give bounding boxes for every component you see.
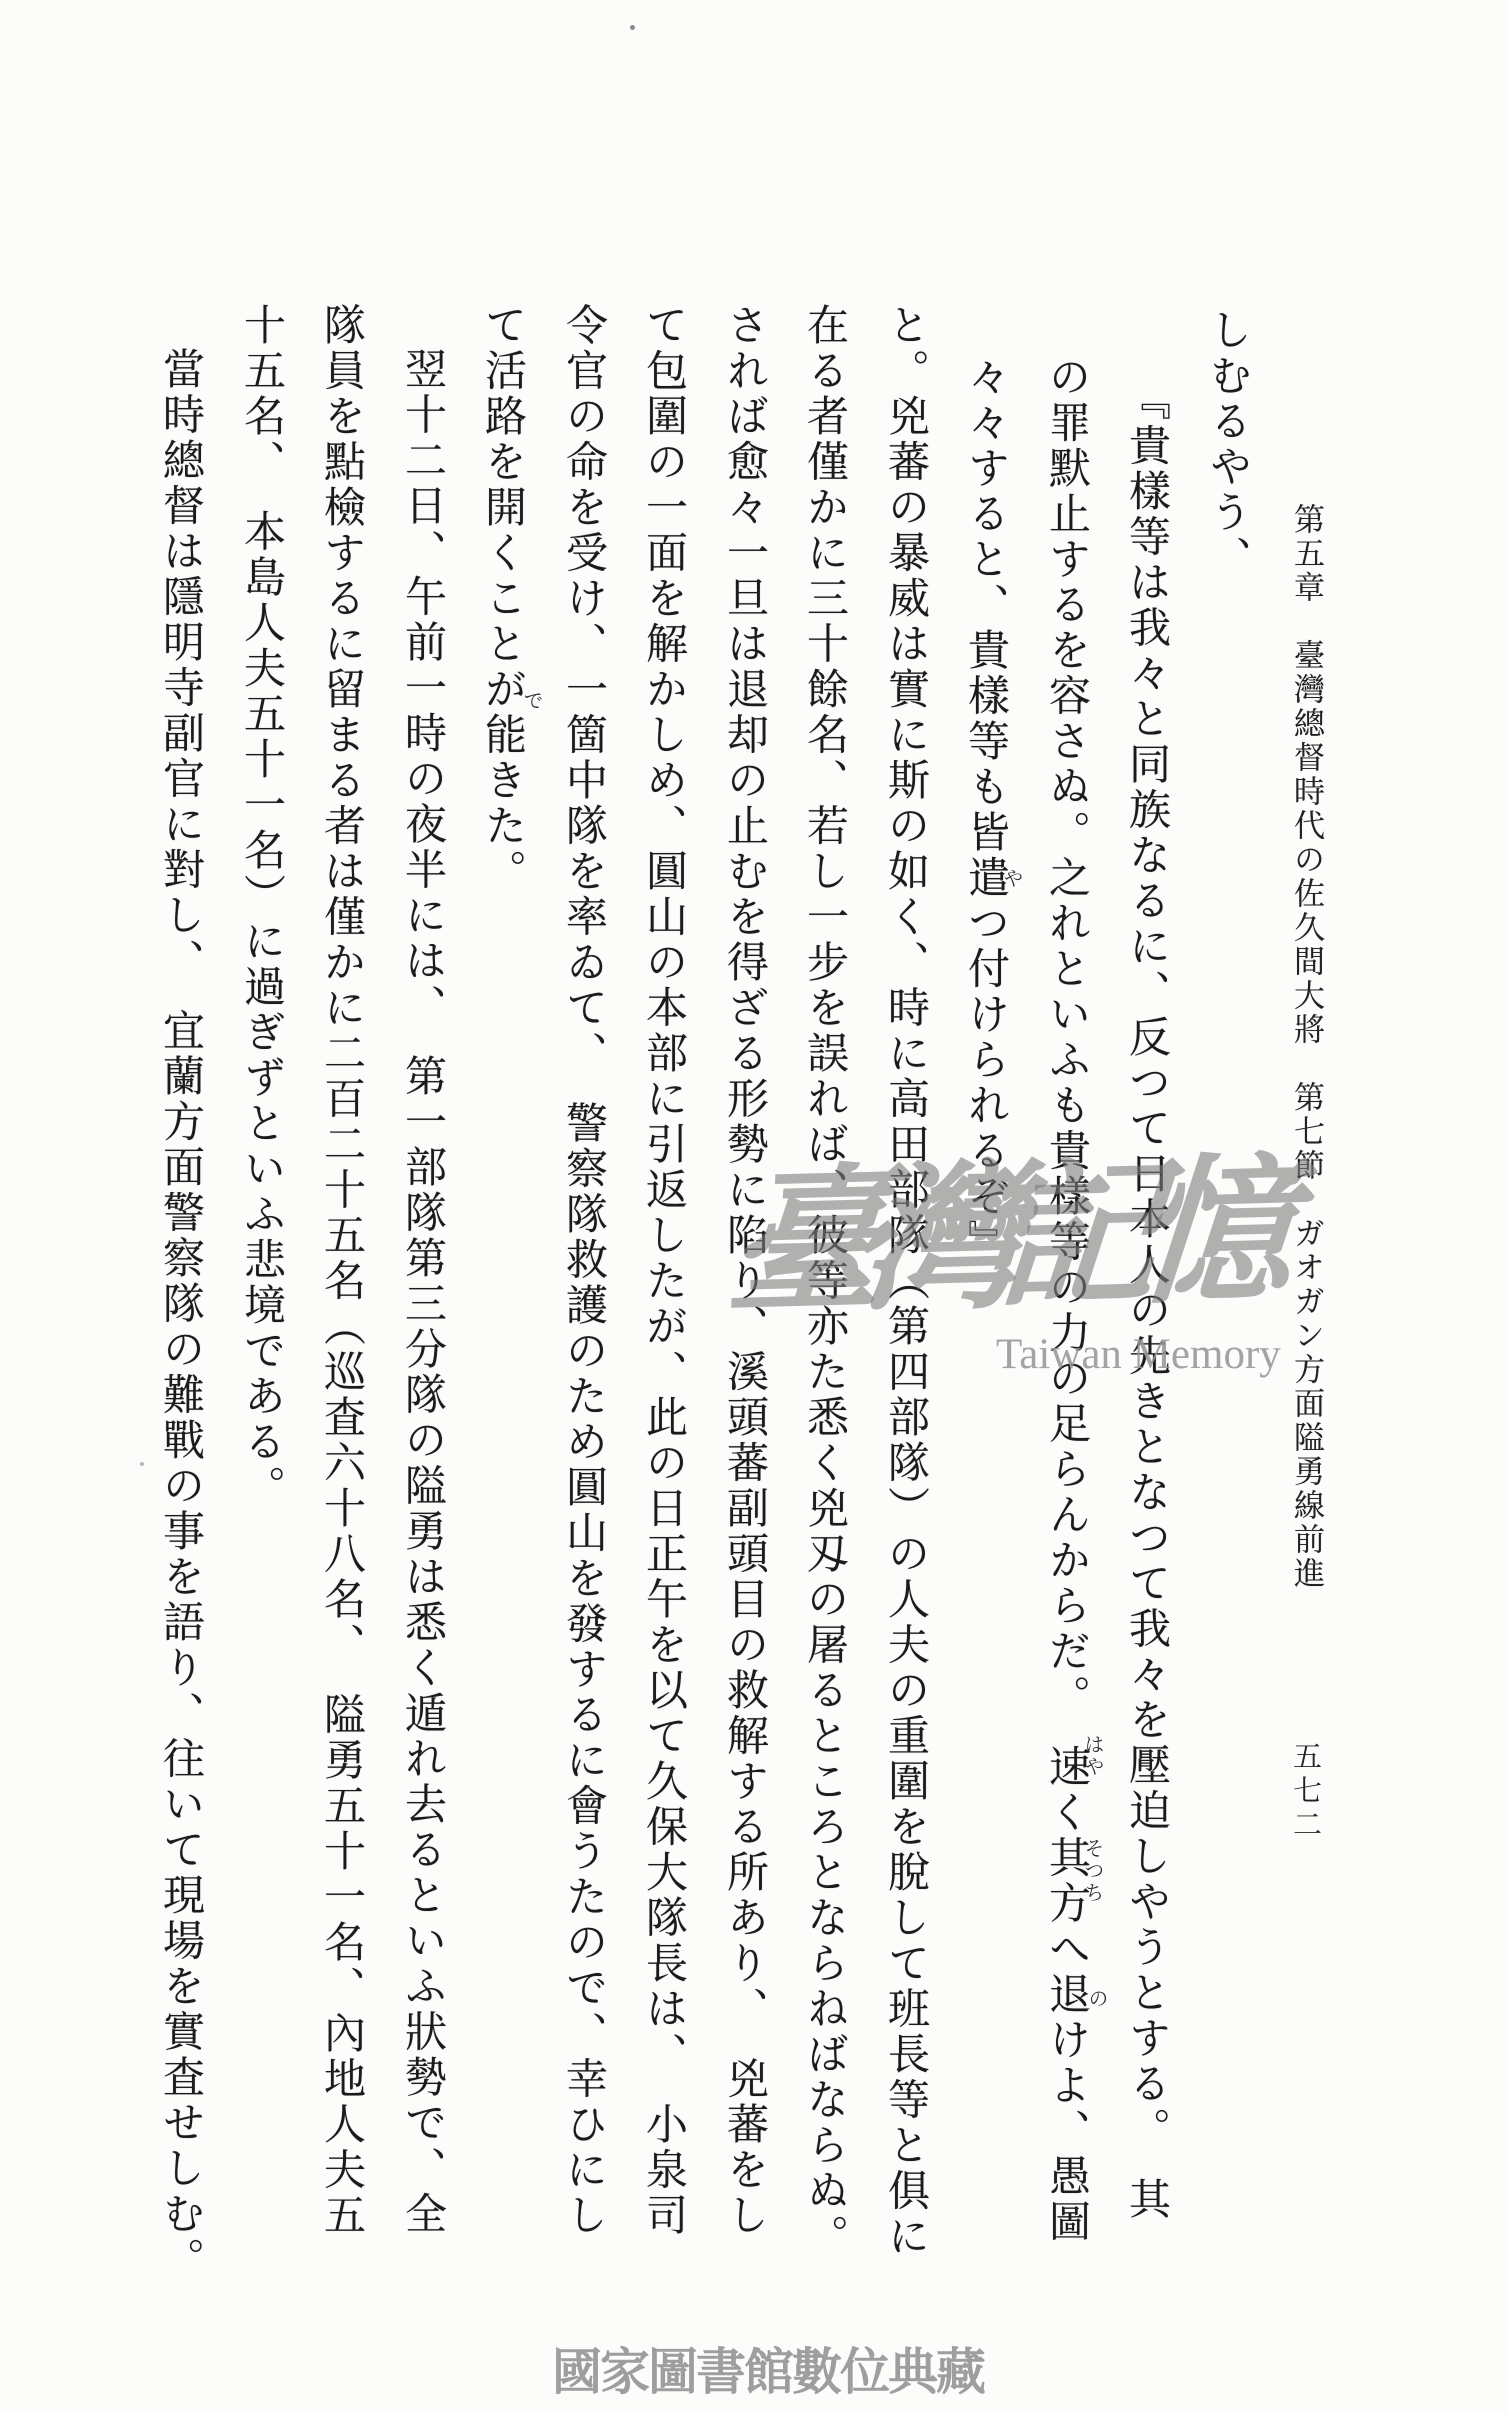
page-number: 五七二 <box>1284 1741 1328 1843</box>
text-column-12: 隊員を點檢するに留まる者は僅かに二百二十五名（巡査六十八名、 隘勇五十一名、內地… <box>319 303 366 2239</box>
text-column-9: 令官の命を受け、一箇中隊を率ゐて、 警察隊救護のため圓山を發するに會うたので、幸… <box>561 303 608 2239</box>
chapter-section-header: 第五章 臺灣總督時代の佐久間大將 第七節 ガオガン方面隘勇線前進 <box>1282 503 1330 1591</box>
text-column-10: て活路を開くことが能きた。 <box>480 303 527 895</box>
furigana-no: の <box>1087 1988 1107 2010</box>
scanned-book-page: 第五章 臺灣總督時代の佐久間大將 第七節 ガオガン方面隘勇線前進 五七二 しむる… <box>0 0 1508 2414</box>
scan-speck <box>630 25 635 30</box>
taiwan-memory-watermark-latin: Taiwan Memory <box>996 1330 1281 1379</box>
furigana-haya: はや <box>1083 1734 1103 1778</box>
text-column-13: 十五名、 本島人夫五十一名）に過ぎずといふ悲境である。 <box>239 303 286 1511</box>
furigana-de: で <box>522 690 542 712</box>
furigana-ya: や <box>1002 868 1022 890</box>
furigana-sotchi: そつち <box>1083 1838 1103 1904</box>
text-column-8: て包圍の一面を解かしめ、圓山の本部に引返したが、此の日正午を以て久保大隊長は、 … <box>641 303 688 2239</box>
text-column-1: しむるやう、 <box>1205 308 1252 581</box>
archive-footer-caption: 國家圖書館數位典藏 <box>552 2332 984 2404</box>
taiwan-memory-watermark-cjk: 臺灣記憶 <box>719 1121 1280 1356</box>
text-column-11: 翌十二日、午前一時の夜半には、 第一部隊第三分隊の隘勇は悉く遁れ去るといふ狀勢で… <box>400 347 447 2237</box>
scan-speck <box>140 1462 144 1466</box>
text-column-14: 當時總督は隱明寺副官に對し、 宜蘭方面警察隊の難戰の事を語り、往いて現場を實査せ… <box>158 347 205 2283</box>
